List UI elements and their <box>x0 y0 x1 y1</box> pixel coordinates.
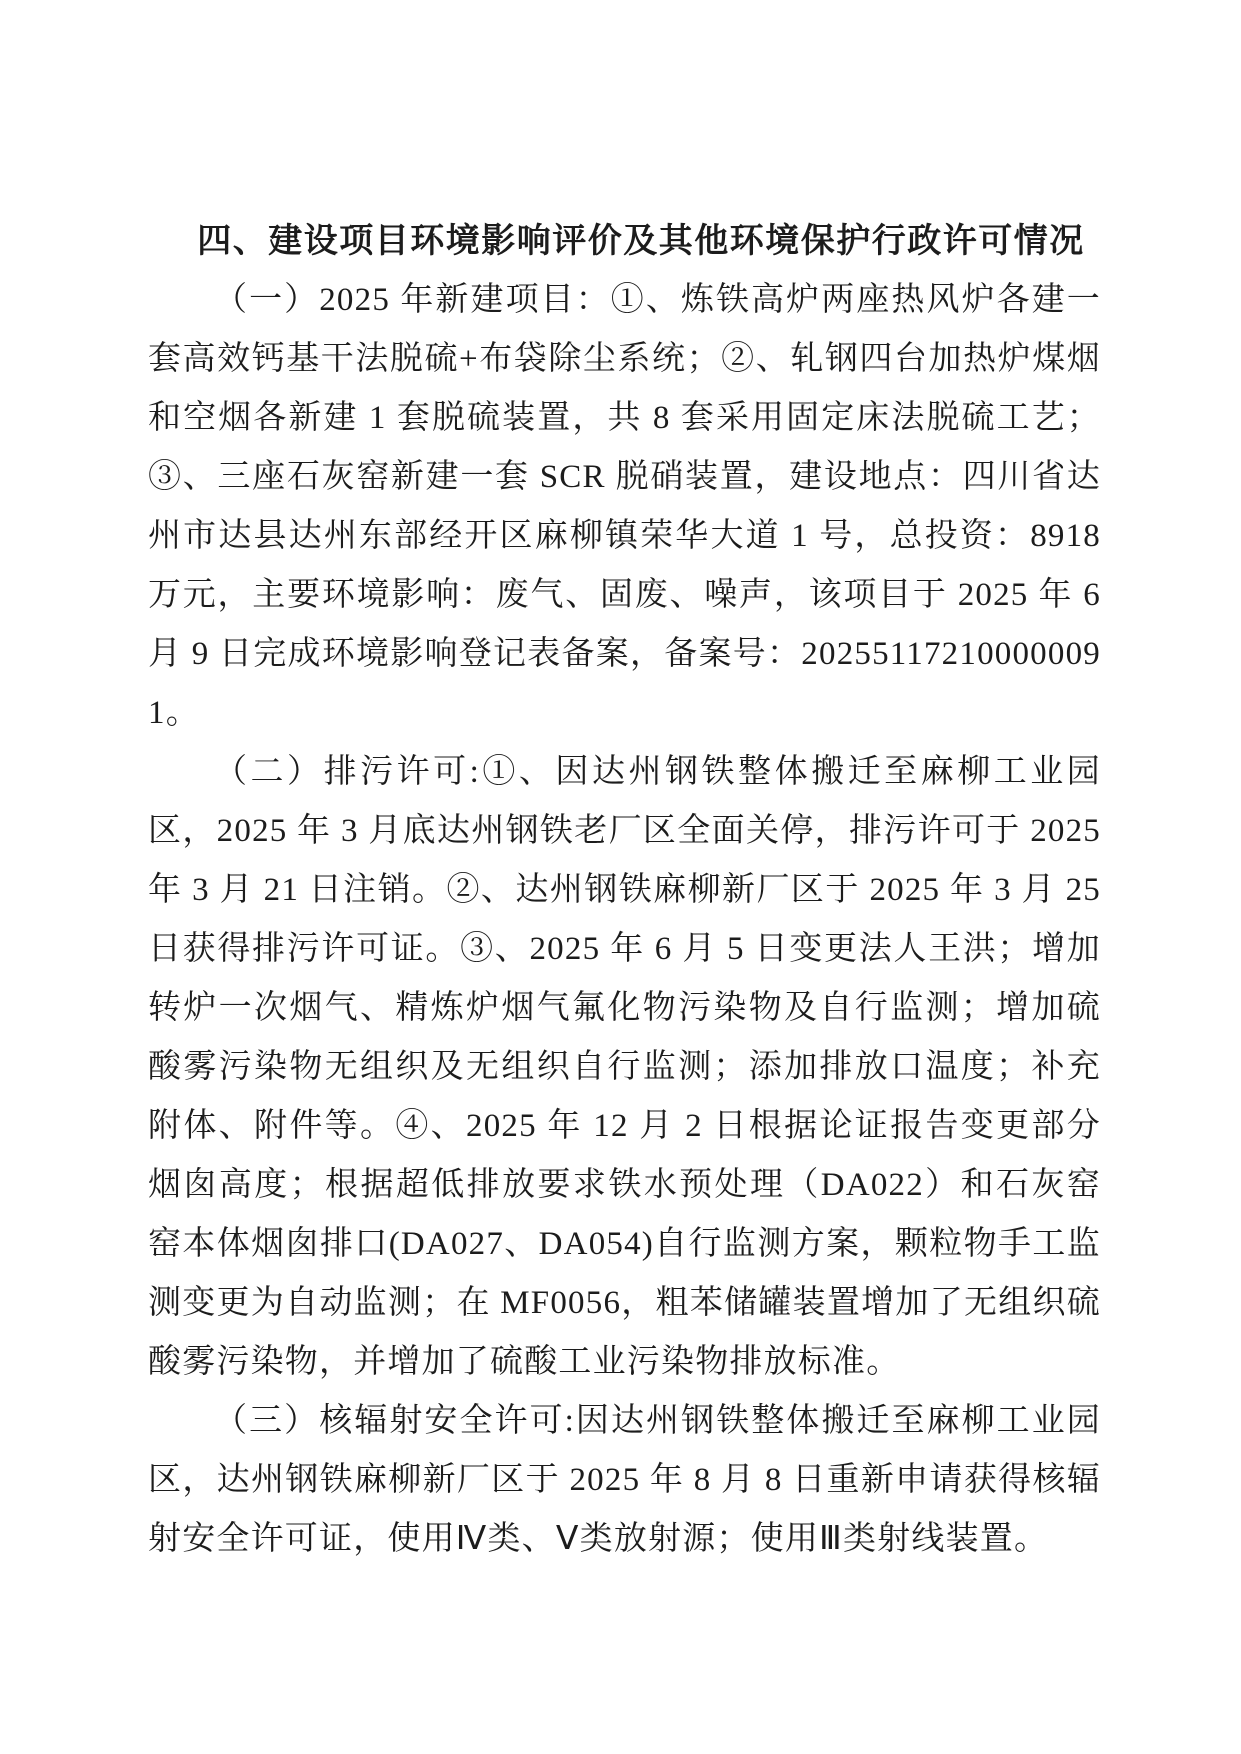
paragraph-radiation-safety-permit: （三）核辐射安全许可:因达州钢铁整体搬迁至麻柳工业园区，达州钢铁麻柳新厂区于 2… <box>148 1392 1101 1569</box>
paragraph-discharge-permit: （二）排污许可:①、因达州钢铁整体搬迁至麻柳工业园区，2025 年 3 月底达州… <box>148 743 1101 1392</box>
paragraph-new-projects: （一）2025 年新建项目：①、炼铁高炉两座热风炉各建一套高效钙基干法脱硫+布袋… <box>148 271 1101 743</box>
document-page: 四、建设项目环境影响评价及其他环境保护行政许可情况 （一）2025 年新建项目：… <box>0 0 1241 1754</box>
section-heading: 四、建设项目环境影响评价及其他环境保护行政许可情况 <box>148 212 1101 271</box>
document-content: 四、建设项目环境影响评价及其他环境保护行政许可情况 （一）2025 年新建项目：… <box>148 212 1101 1569</box>
